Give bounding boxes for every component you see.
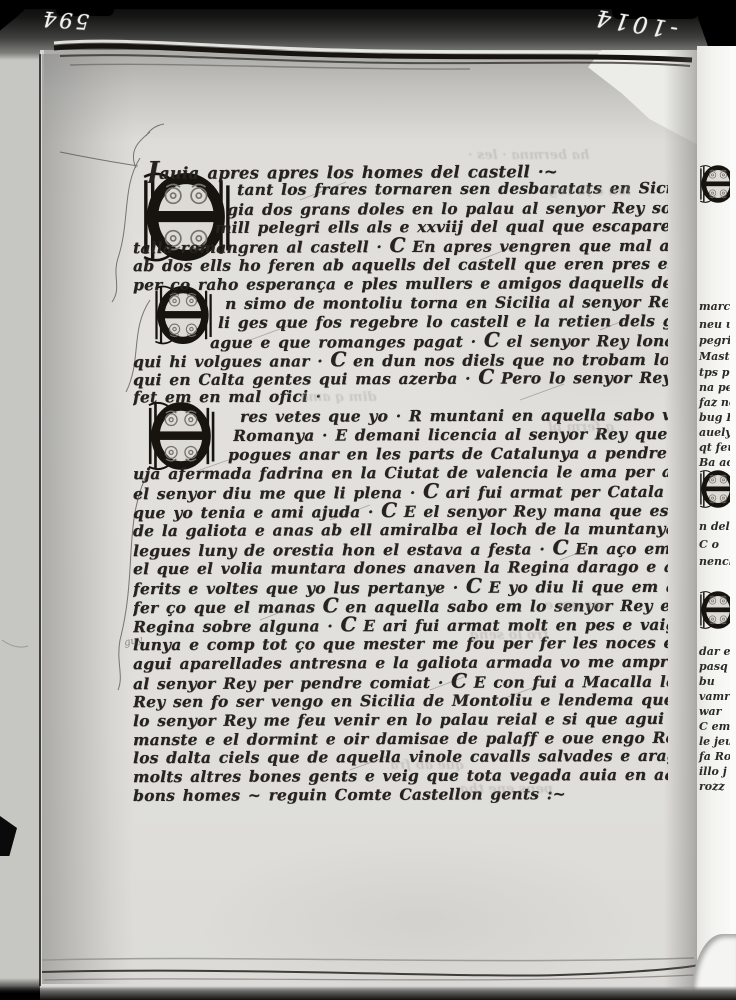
manuscript-line: lo senyor Rey me feu venir en lo palau r… [133,708,668,729]
manuscript-text-block: Jauia apres apres los homes del castell … [0,0,736,1000]
manuscript-line: n simo de montoliu torna en Sicilia al s… [225,292,668,313]
manuscript-line: de la galiota e anas ab ell amiralba el … [133,519,668,540]
manuscript-line: fet em en mal ofici · [133,387,321,407]
bleedthrough-text: que ab fra [390,758,464,773]
manuscript-line: lunya e comp tot ço que mester me fou pe… [133,633,668,654]
bleedthrough-text: pens ene tha [460,782,553,797]
bleedthrough-text: len e fa reg [548,184,631,199]
manuscript-line: pogues anar en les parts de Catalunya a … [228,443,668,464]
manuscript-line: mill pelegri ells als e xxviij del qual … [215,216,668,237]
bleedthrough-text: ses qm e [545,598,608,613]
bleedthrough-text: dim q ama [300,390,377,405]
manuscript-line: el que el volia muntara dones anaven la … [133,557,668,578]
manuscript-line: Rey sen fo ser vengo en Sicilia de Monto… [133,689,668,710]
manuscript-line: li ges que fos regebre lo castell e la r… [218,311,668,332]
manuscript-line: agui aparellades antresna e la galiota a… [133,652,668,673]
manuscript-line: uja afermada fadrina en la Ciutat de val… [133,462,668,483]
bleedthrough-text: ha bermna · les · [468,148,589,163]
manuscript-line: ab dos ells ho feren ab aquells del cast… [133,254,668,275]
bleedthrough-text: q ferm pl [548,420,615,435]
manuscript-line: per ço raho esperança e ples mullers e a… [133,273,668,294]
manuscript-photo: 594 -1014 marco adneu urpegrindMaste cat… [0,0,736,1000]
bleedthrough-text: tro lo seng [470,628,548,643]
